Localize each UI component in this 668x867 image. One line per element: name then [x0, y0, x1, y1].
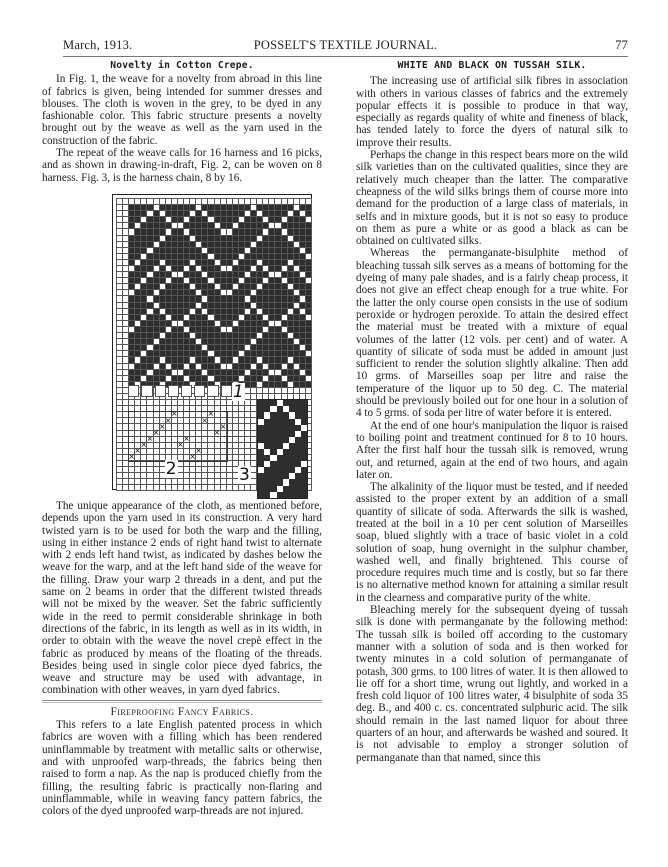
draft-mark: × [220, 423, 227, 431]
twist-dash [128, 385, 139, 397]
paragraph: The repeat of the weave calls for 16 har… [42, 147, 322, 184]
paragraph: Whereas the permanganate-bisulphite meth… [356, 247, 628, 419]
twist-dash [155, 385, 166, 397]
draft-mark: × [208, 410, 215, 418]
figure-label-2: 2 [165, 460, 178, 478]
paragraph: In Fig. 1, the weave for a novelty from … [42, 73, 322, 147]
harness-chain-fig3 [257, 399, 308, 499]
twist-dash [168, 385, 179, 397]
left-column: Novelty in Cotton Crepe. In Fig. 1, the … [42, 60, 322, 817]
running-header: March, 1913. POSSELT'S TEXTILE JOURNAL. … [63, 38, 628, 54]
page-number: 77 [615, 38, 628, 53]
draft-mark: × [183, 435, 190, 443]
twist-dash [194, 385, 205, 397]
twist-dash [207, 385, 218, 397]
paragraph: The increasing use of artificial silk fi… [356, 75, 628, 149]
weave-figure: 1 2 3 ×××××××××××××××× [112, 194, 312, 490]
draft-mark: × [171, 410, 178, 418]
twist-dash [181, 385, 192, 397]
article-title-cotton-crepe: Novelty in Cotton Crepe. [42, 60, 322, 72]
figure-label-3: 3 [238, 466, 251, 484]
twist-dash [141, 385, 152, 397]
paragraph: Perhaps the change in this respect bears… [356, 149, 628, 247]
paragraph: At the end of one hour's manipulation th… [356, 420, 628, 481]
journal-title: POSSELT'S TEXTILE JOURNAL. [63, 38, 628, 53]
article-title-tussah-silk: WHITE AND BLACK ON TUSSAH SILK. [356, 60, 628, 72]
warp-twist-dashes [128, 385, 232, 397]
drawing-in-draft-fig2 [128, 411, 228, 462]
twist-dash [221, 385, 232, 397]
draft-mark: × [195, 447, 202, 455]
header-rule [63, 56, 628, 57]
chain-cell [301, 492, 307, 498]
paragraph: Bleaching merely for the subsequent dyei… [356, 604, 628, 764]
figure-label-1: 1 [232, 383, 245, 401]
right-column: WHITE AND BLACK ON TUSSAH SILK. The incr… [356, 60, 628, 764]
paragraph: The unique appearance of the cloth, as m… [42, 500, 322, 697]
paragraph: This refers to a late English patented p… [42, 719, 322, 817]
paragraph: The alkalinity of the liquor must be tes… [356, 481, 628, 604]
section-divider [42, 700, 322, 703]
article-title-fireproofing: Fireproofing Fancy Fabrics. [42, 706, 322, 718]
